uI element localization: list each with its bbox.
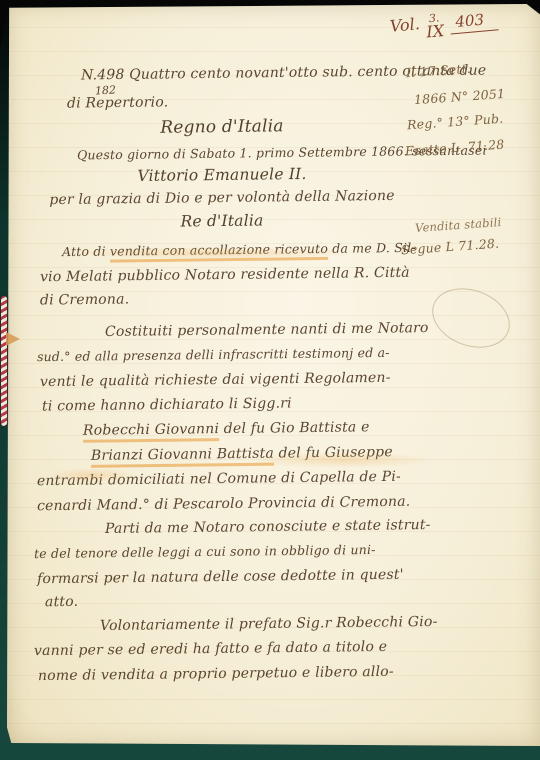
document-page: Vol. 3. IX 403 N.498 Quattro cento novan… — [7, 4, 540, 746]
appearance-line-2: sud.° ed alla presenza delli infrascritt… — [37, 345, 390, 364]
notice-line-1: Parti da me Notaro conosciute e state is… — [105, 517, 431, 537]
margin-deed-type: Vendita stabili — [415, 215, 502, 235]
party-line-2: Brianzi Giovanni Battista del fu Giusepp… — [91, 444, 393, 464]
king-of-italy-line: Re d'Italia — [42, 210, 402, 232]
scan-edge-corner — [0, 0, 12, 46]
binding-tab — [6, 332, 20, 346]
binding-cord — [1, 296, 7, 426]
volume-label: Vol. — [389, 14, 420, 36]
king-name: Vittorio Emanuele II. — [42, 164, 402, 186]
party-line-3: entrambi domiciliati nel Comune di Capel… — [37, 469, 401, 489]
repertory-number: N.498 — [81, 67, 125, 84]
appearance-line-3: venti le qualità richieste dai vigenti R… — [40, 370, 391, 390]
highlighted-party-1: Robecchi Giovanni — [83, 421, 219, 443]
folio-number: 403 — [449, 9, 499, 34]
appearance-line-4: ti come hanno dichiarato li Sigg.ri — [42, 395, 292, 414]
margin-date-2: 1866 N° 2051 — [414, 86, 506, 107]
grace-line: per la grazia di Dio e per volontà della… — [42, 188, 402, 208]
repertory-label: di Repertorio. — [67, 94, 169, 111]
party-line-4: cenardi Mand.° di Pescarolo Provincia di… — [37, 494, 411, 515]
appearance-line-1: Costituiti personalmente nanti di me Not… — [105, 320, 429, 340]
volume-folio-mark: Vol. 3. IX 403 — [389, 7, 499, 43]
margin-register-note: Reg.° 13° Pub. — [407, 111, 504, 133]
scanned-notarial-deed: Vol. 3. IX 403 N.498 Quattro cento novan… — [0, 0, 540, 760]
city-line: di Cremona. — [40, 291, 129, 308]
notary-line: vio Melati pubblico Notaro residente nel… — [40, 265, 410, 286]
deed-title-line: Atto di vendita con accollazione ricevut… — [62, 240, 416, 259]
sale-line-3: nome di vendita a proprio perpetuo e lib… — [38, 664, 394, 684]
notice-line-4: atto. — [45, 594, 78, 610]
notice-line-2: te del tenore delle leggi a cui sono in … — [34, 542, 376, 561]
highlighted-deed-type: vendita con accollazione ricevuto — [110, 241, 328, 263]
scan-edge-top — [0, 0, 540, 4]
kingdom-title: Regno d'Italia — [42, 115, 402, 139]
sale-line-2: vanni per se ed eredi ha fatto e fa dato… — [34, 639, 387, 659]
party-line-1: Robecchi Giovanni del fu Gio Battista e — [83, 419, 370, 439]
notice-line-3: formarsi per la natura delle cose dedott… — [37, 567, 404, 587]
volume-number: 3. IX — [425, 12, 445, 40]
highlighted-party-2: Brianzi Giovanni Battista — [91, 446, 274, 468]
sale-line-1: Volontariamente il prefato Sig.r Robecch… — [100, 614, 438, 634]
pencil-oval-mark — [424, 278, 518, 358]
